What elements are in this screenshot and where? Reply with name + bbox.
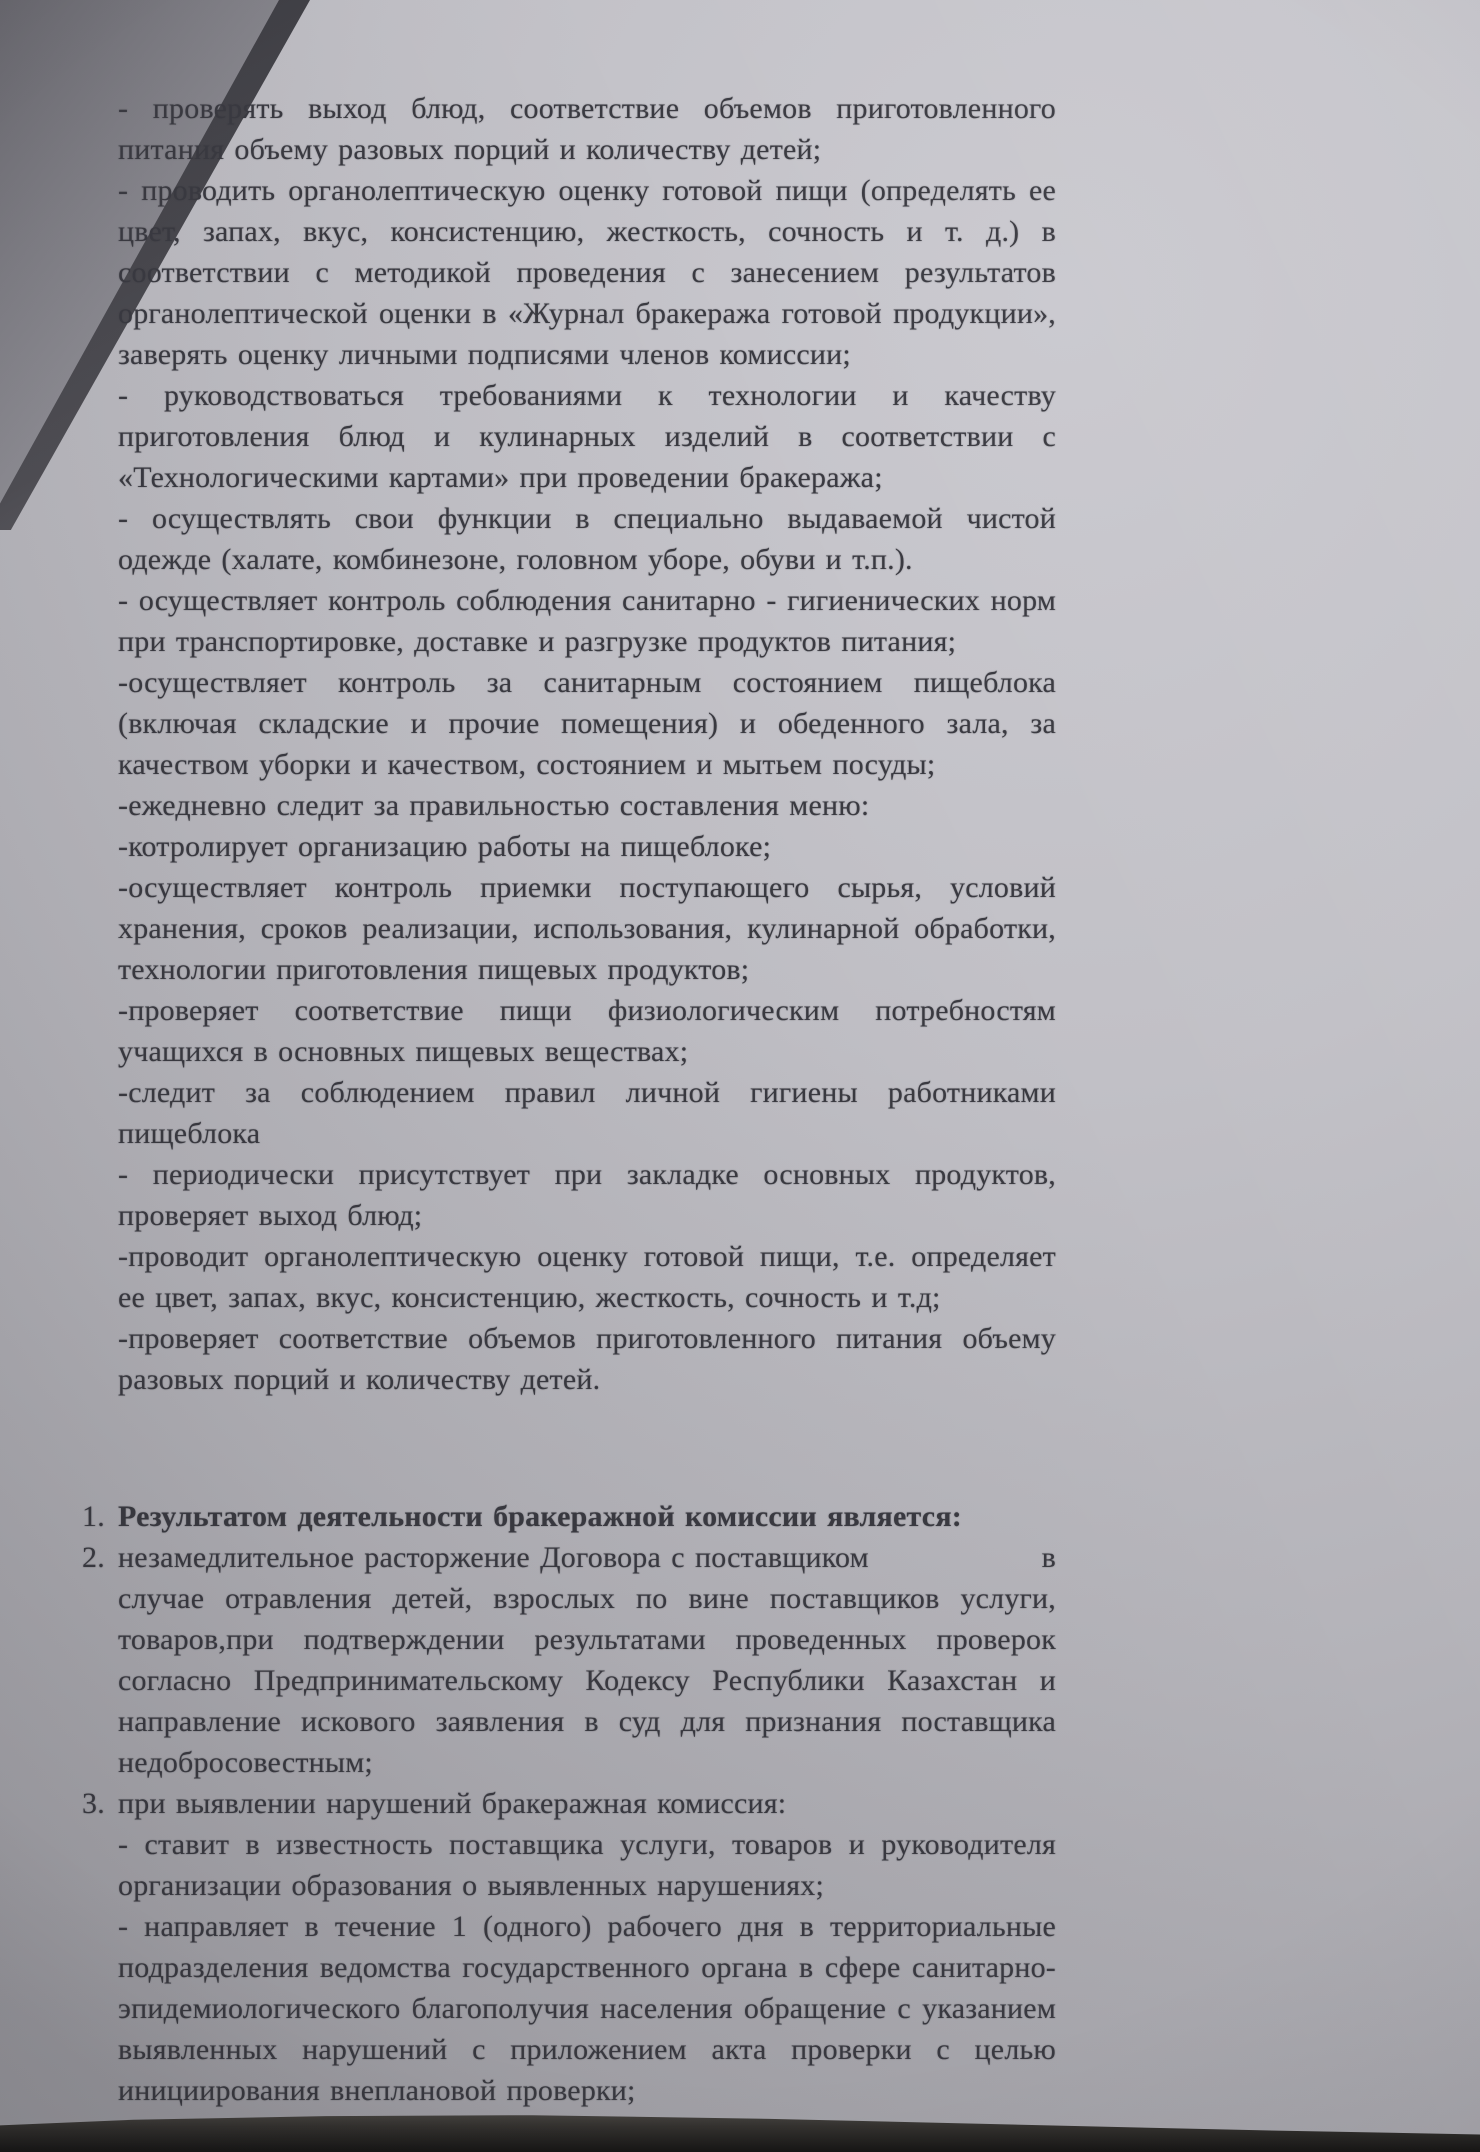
numbered-list: 1. Результатом деятельности бракеражной … [118,1496,1056,2111]
bullet-paragraph: - осуществляет контроль соблюдения санит… [118,580,1056,662]
document-photo: - проверять выход блюд, соответствие объ… [0,0,1480,2152]
numbered-item-text: случае отравления детей, взрослых по вин… [118,1578,1056,1783]
bullet-paragraph: -ежедневно следит за правильностью соста… [118,785,1056,826]
bullet-paragraph: - осуществлять свои функции в специально… [118,498,1056,580]
sub-bullet-paragraph: - ставит в известность поставщика услуги… [118,1824,1056,1906]
bullet-paragraph: -котролирует организацию работы на пищеб… [118,826,1056,867]
bullet-paragraph: -осуществляет контроль приемки поступающ… [118,867,1056,990]
numbered-item-heading: Результатом деятельности бракеражной ком… [118,1496,1056,1537]
sub-bullet-paragraph: - направляет в течение 1 (одного) рабоче… [118,1906,1056,2111]
numbered-item-body: при выявлении нарушений бракеражная коми… [118,1783,1056,2111]
item-number: 1. [82,1496,105,1537]
split-justified-line: незамедлительное расторжение Договора с … [118,1537,1056,1578]
item-number: 2. [82,1537,105,1578]
line-right-text: в [1042,1537,1056,1578]
line-left-text: незамедлительное расторжение Договора с … [118,1537,869,1578]
bullet-paragraph: - проводить органолептическую оценку гот… [118,170,1056,375]
bullet-paragraph: - руководствоваться требованиями к техно… [118,375,1056,498]
table-edge-at-page-bottom [0,2106,1480,2152]
numbered-item-body: незамедлительное расторжение Договора с … [118,1537,1056,1783]
bullet-paragraph: - проверять выход блюд, соответствие объ… [118,88,1056,170]
bullet-paragraph: -проводит органолептическую оценку готов… [118,1236,1056,1318]
bullet-paragraph: -следит за соблюдением правил личной гиг… [118,1072,1056,1154]
numbered-item-1: 1. Результатом деятельности бракеражной … [118,1496,1056,1537]
bullet-paragraph: - периодически присутствует при закладке… [118,1154,1056,1236]
bullet-paragraph: -проверяет соответствие объемов приготов… [118,1318,1056,1400]
numbered-item-2: 2. незамедлительное расторжение Договора… [118,1537,1056,1783]
numbered-item-text: при выявлении нарушений бракеражная коми… [118,1783,1056,1824]
item-number: 3. [82,1783,105,1824]
bullet-paragraph: -осуществляет контроль за санитарным сос… [118,662,1056,785]
numbered-item-3: 3. при выявлении нарушений бракеражная к… [118,1783,1056,2111]
bullet-paragraph: -проверяет соответствие пищи физиологиче… [118,990,1056,1072]
document-text-block: - проверять выход блюд, соответствие объ… [118,88,1056,2111]
